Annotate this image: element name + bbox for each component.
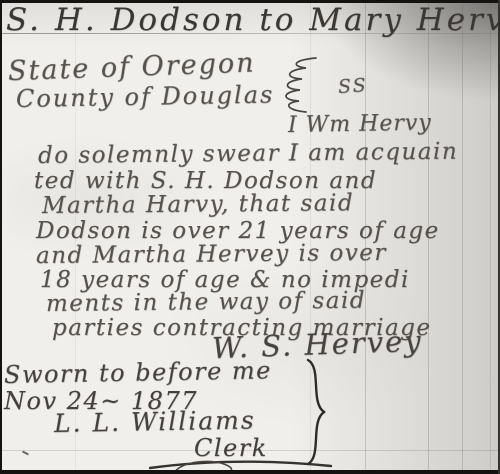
sworn-line: Sworn to before me — [4, 356, 272, 389]
scan-border-bottom — [0, 470, 500, 474]
scan-border-top — [0, 0, 500, 3]
body-line: ments in the way of said — [46, 288, 366, 317]
body-line: Martha Harvy, that said — [42, 190, 354, 219]
ledger-column-line — [490, 3, 491, 470]
clerk-title: Clerk — [194, 434, 268, 462]
affiant-intro-line: I Wm Hervy — [288, 110, 432, 138]
body-line: and Martha Hervey is over — [36, 240, 387, 269]
scanned-document-page: S. H. Dodson to Mary Hervy State of Oreg… — [0, 0, 500, 474]
jurat-county-line: County of Douglas — [16, 80, 275, 113]
stray-ink-mark — [22, 450, 29, 455]
ledger-column-line — [462, 3, 463, 470]
body-line: do solemnly swear I am acquain — [38, 139, 458, 169]
jurat-ss-mark: SS — [337, 74, 368, 98]
entry-title: S. H. Dodson to Mary Hervy — [6, 2, 500, 38]
scan-border-left — [0, 0, 2, 474]
attestation-brace-icon — [302, 358, 328, 466]
jurat-brace-icon — [276, 54, 322, 116]
